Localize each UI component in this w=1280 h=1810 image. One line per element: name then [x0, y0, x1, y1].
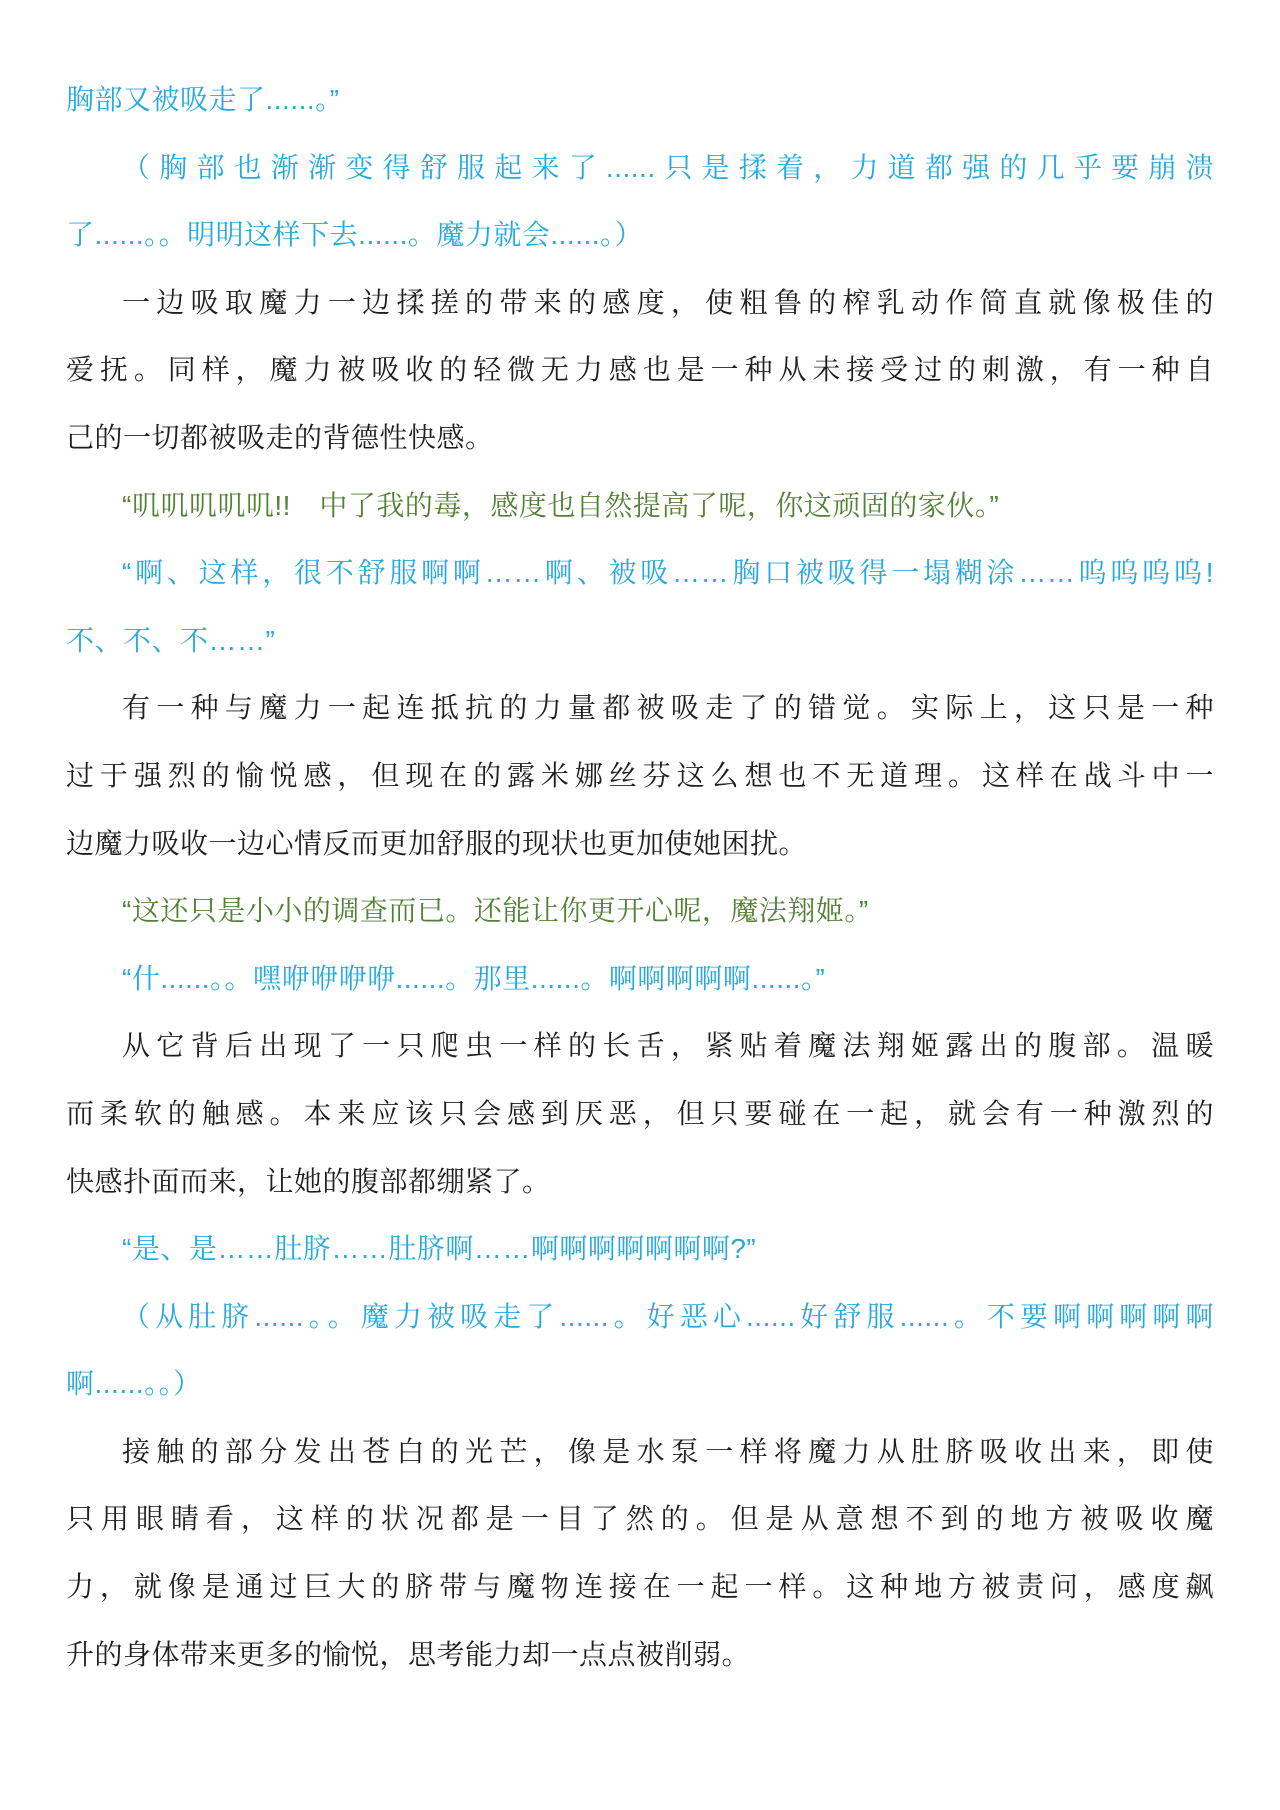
text-line: （从肚脐......。。魔力被吸走了......。好恶心......好舒服...…	[66, 1283, 1214, 1351]
text-line: “叽叽叽叽叽!! 中了我的毒，感度也自然提高了呢，你这顽固的家伙。”	[66, 472, 1214, 540]
text-line: “是、是……肚脐……肚脐啊……啊啊啊啊啊啊啊?”	[66, 1215, 1214, 1283]
text-line: 接触的部分发出苍白的光芒，像是水泵一样将魔力从肚脐吸收出来，即使	[66, 1418, 1214, 1486]
text-line: （胸部也渐渐变得舒服起来了......只是揉着，力道都强的几乎要崩溃	[66, 134, 1214, 202]
text-line: 爱抚。同样，魔力被吸收的轻微无力感也是一种从未接受过的刺激，有一种自	[66, 336, 1214, 404]
text-line: 过于强烈的愉悦感，但现在的露米娜丝芬这么想也不无道理。这样在战斗中一	[66, 742, 1214, 810]
text-line: 快感扑面而来，让她的腹部都绷紧了。	[66, 1148, 1214, 1216]
text-line: 力，就像是通过巨大的脐带与魔物连接在一起一样。这种地方被责问，感度飙	[66, 1553, 1214, 1621]
document-page: 胸部又被吸走了......。” （胸部也渐渐变得舒服起来了......只是揉着，…	[0, 0, 1280, 1810]
text-line: 从它背后出现了一只爬虫一样的长舌，紧贴着魔法翔姬露出的腹部。温暖	[66, 1012, 1214, 1080]
text-line: 啊......。。）	[66, 1350, 1214, 1418]
text-line: 升的身体带来更多的愉悦，思考能力却一点点被削弱。	[66, 1621, 1214, 1689]
text-line: 有一种与魔力一起连抵抗的力量都被吸走了的错觉。实际上，这只是一种	[66, 674, 1214, 742]
text-line: 只用眼睛看，这样的状况都是一目了然的。但是从意想不到的地方被吸收魔	[66, 1485, 1214, 1553]
text-line: 胸部又被吸走了......。”	[66, 66, 1214, 134]
text-line: “啊、这样，很不舒服啊啊……啊、被吸……胸口被吸得一塌糊涂……呜呜呜呜!	[66, 539, 1214, 607]
text-line: 了......。。明明这样下去......。魔力就会......。）	[66, 201, 1214, 269]
text-line: “什......。。嘿咿咿咿咿......。那里......。啊啊啊啊啊....…	[66, 945, 1214, 1013]
text-line: 不、不、不……”	[66, 607, 1214, 675]
text-line: “这还只是小小的调查而已。还能让你更开心呢，魔法翔姬。”	[66, 877, 1214, 945]
text-line: 己的一切都被吸走的背德性快感。	[66, 404, 1214, 472]
text-line: 而柔软的触感。本来应该只会感到厌恶，但只要碰在一起，就会有一种激烈的	[66, 1080, 1214, 1148]
text-line: 边魔力吸收一边心情反而更加舒服的现状也更加使她困扰。	[66, 810, 1214, 878]
text-line: 一边吸取魔力一边揉搓的带来的感度，使粗鲁的榨乳动作简直就像极佳的	[66, 269, 1214, 337]
